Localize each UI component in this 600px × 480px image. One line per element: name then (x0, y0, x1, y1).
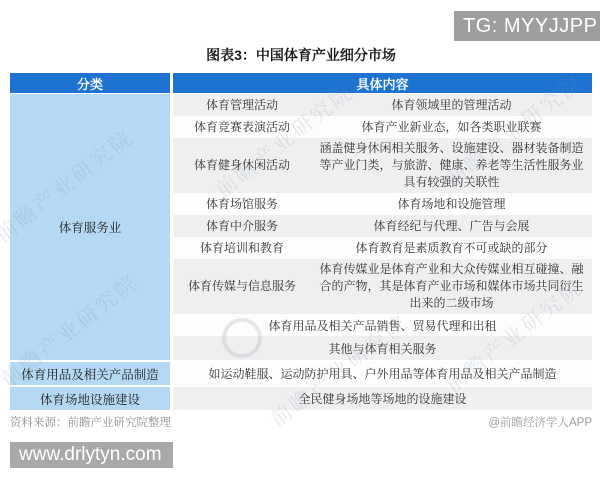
detail-text: 如运动鞋服、运动防护用具、户外用品等体育用品及相关产品制造 (173, 362, 592, 385)
venue-construction-section: 体育场地设施建设 全民健身场地等场地的设施建设 (10, 387, 592, 410)
detail-text: 体育教育是素质教育不可或缺的部分 (311, 240, 592, 257)
table-row: 体育培训和教育 体育教育是素质教育不可或缺的部分 (173, 237, 592, 259)
subcategory-label: 体育中介服务 (173, 219, 311, 234)
url-overlay-badge: www.drlytyn.com (10, 442, 173, 468)
source-note: 资料来源：前瞻产业研究院整理 (10, 414, 171, 430)
subcategory-label: 体育传媒与信息服务 (173, 279, 311, 294)
category-cell-manufacturing: 体育用品及相关产品制造 (10, 362, 170, 385)
detail-text: 体育场地和设施管理 (311, 196, 592, 213)
subcategory-label: 体育场馆服务 (173, 197, 311, 212)
subcategory-label: 体育健身休闲活动 (173, 158, 311, 173)
service-industry-section: 体育服务业 体育管理活动 体育领域里的管理活动 体育竞赛表演活动 体育产业新业态… (10, 94, 592, 360)
table-row-full: 其他与体育相关服务 (173, 336, 592, 360)
manufacturing-section: 体育用品及相关产品制造 如运动鞋服、运动防护用具、户外用品等体育用品及相关产品制… (10, 362, 592, 385)
table-row: 体育传媒与信息服务 体育传媒业是体育产业和大众传媒业相互碰撞、融合的产物，其是体… (173, 259, 592, 314)
detail-text: 涵盖健身休闲相关服务、设施建设、器材装备制造等产业门类，与旅游、健康、养老等生活… (311, 140, 592, 191)
table-row: 体育管理活动 体育领域里的管理活动 (173, 94, 592, 116)
service-rows: 体育管理活动 体育领域里的管理活动 体育竞赛表演活动 体育产业新业态，如各类职业… (173, 94, 592, 360)
segment-table: 分类 具体内容 体育服务业 体育管理活动 体育领域里的管理活动 体育竞赛表演活动… (10, 73, 592, 410)
table-row: 体育竞赛表演活动 体育产业新业态，如各类职业联赛 (173, 116, 592, 138)
app-credit: @前瞻经济学人APP (488, 414, 592, 430)
figure-footer: 资料来源：前瞻产业研究院整理 @前瞻经济学人APP (10, 414, 592, 430)
figure-title: 图表3：中国体育产业细分市场 (10, 45, 592, 65)
subcategory-label: 体育管理活动 (173, 98, 311, 113)
table-header-row: 分类 具体内容 (10, 73, 592, 93)
detail-text: 体育领域里的管理活动 (311, 97, 592, 114)
detail-text: 体育传媒业是体育产业和大众传媒业相互碰撞、融合的产物，其是体育产业市场和媒体市场… (311, 261, 592, 312)
table-row: 体育中介服务 体育经纪与代理、广告与会展 (173, 215, 592, 237)
table-row: 体育健身休闲活动 涵盖健身休闲相关服务、设施建设、器材装备制造等产业门类，与旅游… (173, 138, 592, 193)
category-cell-service: 体育服务业 (10, 94, 170, 360)
detail-text: 体育产业新业态，如各类职业联赛 (311, 119, 592, 136)
detail-text: 全民健身场地等场地的设施建设 (173, 387, 592, 410)
category-cell-venue: 体育场地设施建设 (10, 387, 170, 410)
header-cell-detail: 具体内容 (173, 73, 592, 93)
table-row-full: 体育用品及相关产品销售、贸易代理和出租 (173, 314, 592, 336)
table-row: 体育场馆服务 体育场地和设施管理 (173, 193, 592, 215)
subcategory-label: 体育培训和教育 (173, 241, 311, 256)
tg-overlay-badge: TG: MYYJJPP (454, 11, 600, 41)
header-cell-category: 分类 (10, 73, 170, 93)
subcategory-label: 体育竞赛表演活动 (173, 120, 311, 135)
detail-text: 体育经纪与代理、广告与会展 (311, 218, 592, 235)
